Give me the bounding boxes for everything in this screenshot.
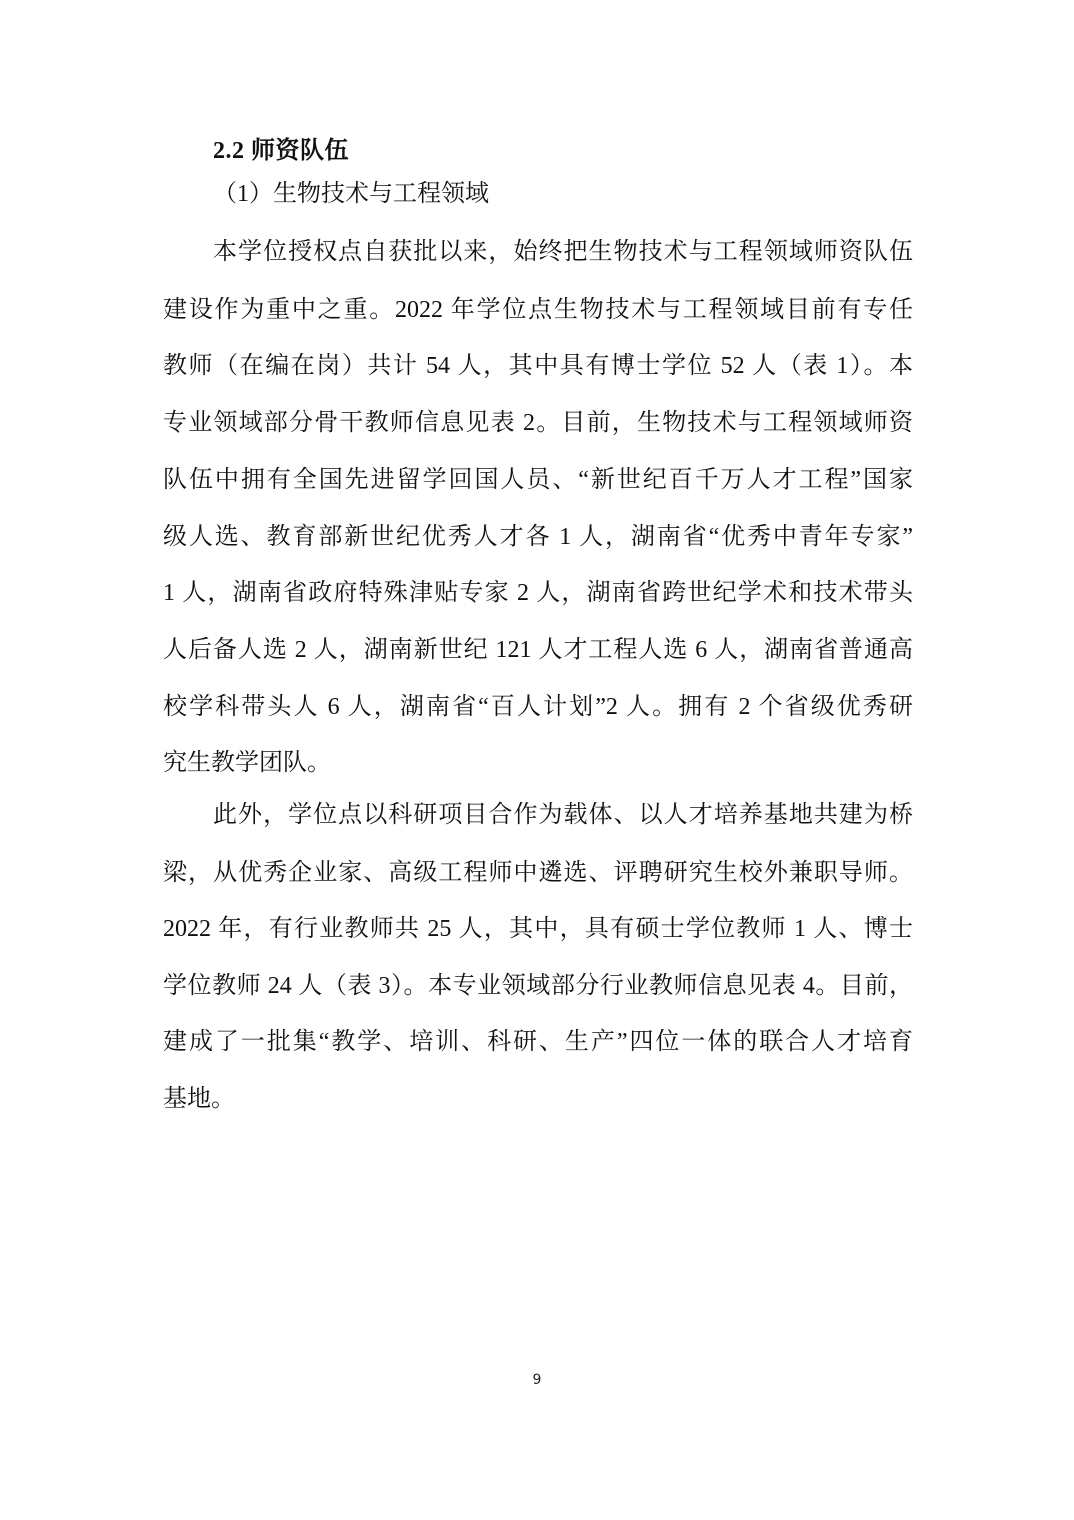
subsection-heading: （1）生物技术与工程领域 xyxy=(213,176,489,212)
paragraph-line: 建设作为重中之重。2022 年学位点生物技术与工程领域目前有专任 xyxy=(163,292,913,328)
paragraph-line: 究生教学团队。 xyxy=(163,745,913,781)
paragraph-line: 队伍中拥有全国先进留学回国人员、“新世纪百千万人才工程”国家 xyxy=(163,462,913,498)
paragraph-line: 级人选、教育部新世纪优秀人才各 1 人，湖南省“优秀中青年专家” xyxy=(163,519,913,555)
paragraph-line: 基地。 xyxy=(163,1081,913,1117)
paragraph-line: 教师（在编在岗）共计 54 人，其中具有博士学位 52 人（表 1）。本 xyxy=(163,348,913,384)
paragraph-line: 人后备人选 2 人，湖南新世纪 121 人才工程人选 6 人，湖南省普通高 xyxy=(163,632,913,668)
paragraph-line: 2022 年，有行业教师共 25 人，其中，具有硕士学位教师 1 人、博士 xyxy=(163,911,913,947)
paragraph-line: 本学位授权点自获批以来，始终把生物技术与工程领域师资队伍 xyxy=(213,234,913,270)
paragraph-line: 专业领域部分骨干教师信息见表 2。目前，生物技术与工程领域师资 xyxy=(163,405,913,441)
paragraph-line: 1 人，湖南省政府特殊津贴专家 2 人，湖南省跨世纪学术和技术带头 xyxy=(163,575,913,611)
paragraph-line: 建成了一批集“教学、培训、科研、生产”四位一体的联合人才培育 xyxy=(163,1024,913,1060)
paragraph-line: 梁，从优秀企业家、高级工程师中遴选、评聘研究生校外兼职导师。 xyxy=(163,855,913,891)
paragraph-line: 学位教师 24 人（表 3）。本专业领域部分行业教师信息见表 4。目前， xyxy=(163,968,913,1004)
paragraph-line: 此外，学位点以科研项目合作为载体、以人才培养基地共建为桥 xyxy=(213,797,913,833)
section-heading: 2.2 师资队伍 xyxy=(213,133,349,169)
document-page: 2.2 师资队伍 （1）生物技术与工程领域 本学位授权点自获批以来，始终把生物技… xyxy=(0,0,1074,1520)
paragraph-line: 校学科带头人 6 人，湖南省“百人计划”2 人。拥有 2 个省级优秀研 xyxy=(163,689,913,725)
page-number: 9 xyxy=(0,1372,1074,1388)
